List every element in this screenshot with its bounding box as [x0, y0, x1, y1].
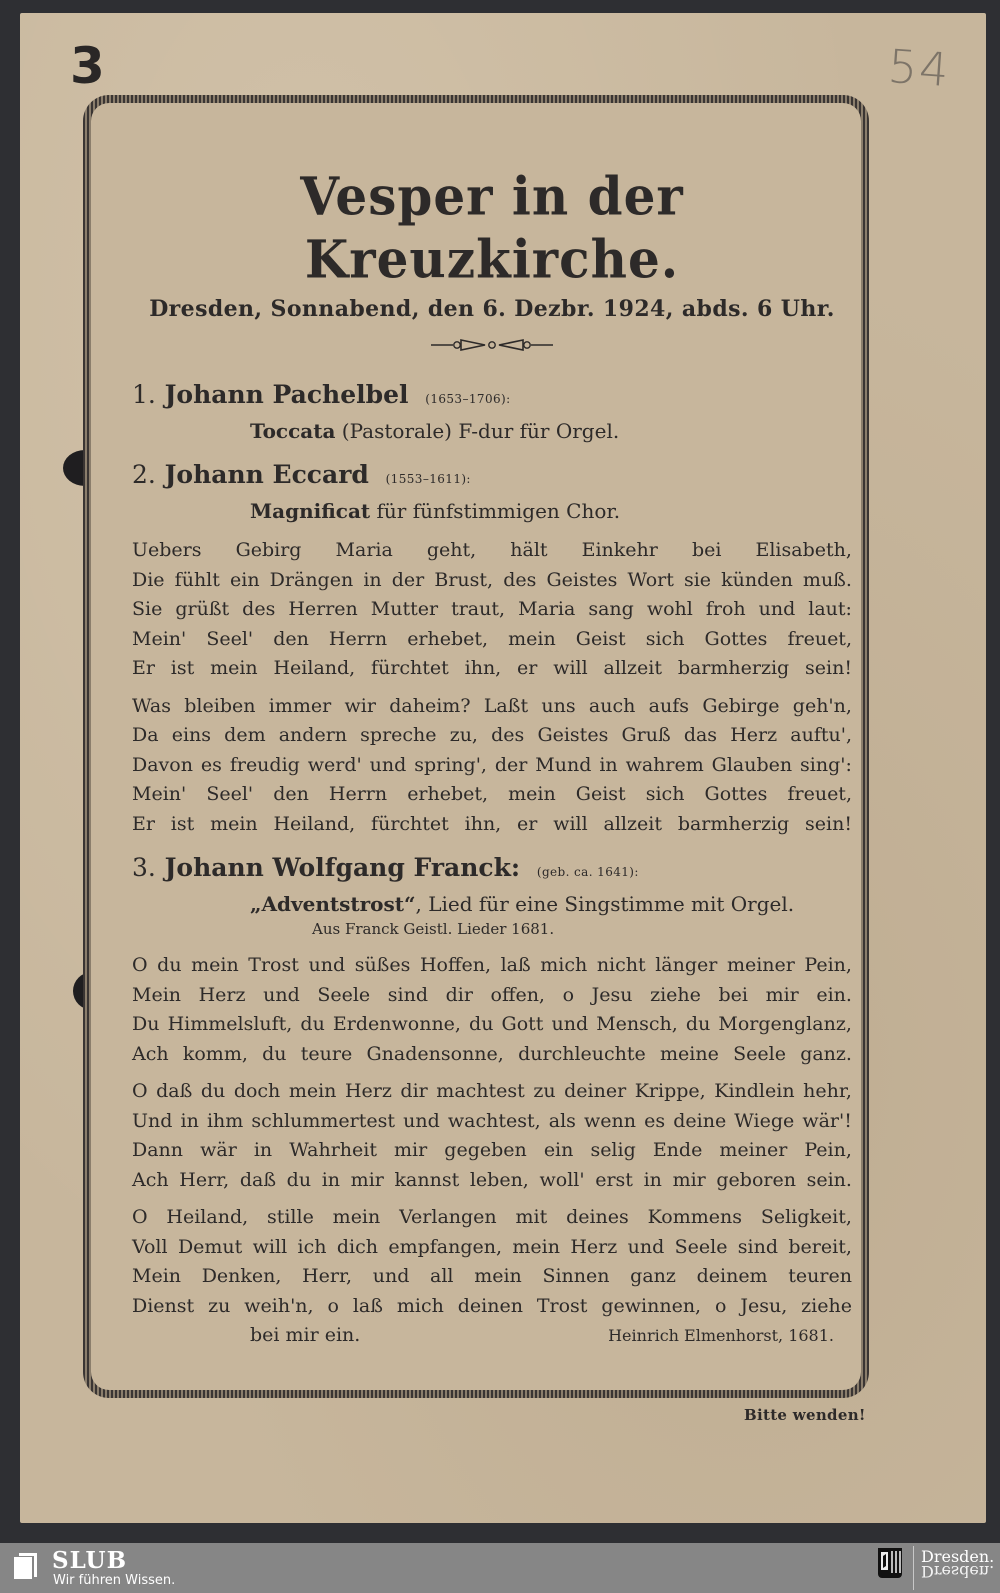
slub-logo-icon: [13, 1551, 41, 1581]
lyric-line: Mein'Seel'denHerrnerhebet,meinGeistsichG…: [132, 625, 852, 655]
lyric-line: EristmeinHeiland,fürchtetihn,erwillallze…: [132, 654, 852, 684]
lyric-line: MeinHerzundSeelesinddiroffen,oJesuzieheb…: [132, 981, 852, 1011]
lyric-line: DannwärinWahrheitmirgegebeneinseligEndem…: [132, 1136, 852, 1166]
program-item-3: 3. Johann Wolfgang Franck: (geb. ca. 164…: [132, 851, 852, 1351]
program-item-1: 1. Johann Pachelbel (1653–1706): Toccata…: [132, 378, 852, 446]
lyricist-credit: Heinrich Elmenhorst, 1681.: [608, 1321, 834, 1351]
lyric-line: OdaßdudochmeinHerzdirmachtestzudeinerKri…: [132, 1077, 852, 1107]
piece-heading: 2. Johann Eccard (1553–1611):: [132, 458, 852, 496]
lyric-line: Daeinsdemandernsprechezu,desGeistesGrußd…: [132, 721, 852, 751]
lyric-line: OdumeinTrostundsüßesHoffen,laßmichnichtl…: [132, 951, 852, 981]
program-item-2: 2. Johann Eccard (1553–1611): Magnificat…: [132, 458, 852, 839]
turn-over-note: Bitte wenden!: [744, 1406, 866, 1424]
composer-dates: (geb. ca. 1641):: [537, 865, 639, 879]
lyric-line: bei mir ein.: [250, 1321, 360, 1351]
lyric-line: Achkomm,duteureGnadensonne,durchleuchtem…: [132, 1040, 852, 1070]
lyric-line: MeinDenken,Herr,undallmeinSinnenganzdein…: [132, 1262, 852, 1292]
lyric-line: DiefühlteinDrängeninderBrust,desGeistesW…: [132, 566, 852, 596]
lyrics-verse: OHeiland,stillemeinVerlangenmitdeinesKom…: [132, 1203, 852, 1321]
composer-dates: (1553–1611):: [386, 472, 471, 486]
lyric-line: UebersGebirgMariageht,hältEinkehrbeiElis…: [132, 536, 852, 566]
work-title: Magnificat für fünfstimmigen Chor.: [132, 496, 852, 526]
lyric-line: Wasbleibenimmerwirdaheim?Laßtunsauchaufs…: [132, 692, 852, 722]
lyric-line: EristmeinHeiland,fürchtetihn,erwillallze…: [132, 810, 852, 840]
source-note: Aus Franck Geistl. Lieder 1681.: [132, 919, 852, 939]
program-content: Vesper in der Kreuzkirche. Dresden, Sonn…: [132, 160, 852, 1351]
footer-bar: SLUB Wir führen Wissen. Dresden. Dresden…: [0, 1543, 1000, 1593]
composer-dates: (1653–1706):: [425, 392, 510, 406]
dresden-city-logo: Dresden. Dresden.: [921, 1549, 994, 1579]
piece-heading: 3. Johann Wolfgang Franck: (geb. ca. 164…: [132, 851, 852, 889]
lyric-line: Mein'Seel'denHerrnerhebet,meinGeistsichG…: [132, 780, 852, 810]
dresden-coat-of-arms-icon: [878, 1548, 902, 1578]
sheet-number: 3: [70, 41, 105, 91]
lyrics-verse: OdaßdudochmeinHerzdirmachtestzudeinerKri…: [132, 1077, 852, 1195]
slub-tagline: Wir führen Wissen.: [53, 1573, 175, 1588]
lyrics-verse: OdumeinTrostundsüßesHoffen,laßmichnichtl…: [132, 951, 852, 1069]
lyrics-verse: Wasbleibenimmerwirdaheim?Laßtunsauchaufs…: [132, 692, 852, 840]
piece-heading: 1. Johann Pachelbel (1653–1706):: [132, 378, 852, 416]
lyric-line: Dienstzuweih'n,olaßmichdeinenTrostgewinn…: [132, 1292, 852, 1322]
page-title: Vesper in der Kreuzkirche.: [132, 165, 852, 291]
composer-name: Johann Wolfgang Franck:: [165, 853, 521, 882]
final-line: bei mir ein. Heinrich Elmenhorst, 1681.: [132, 1321, 852, 1351]
composer-name: Johann Pachelbel: [165, 380, 409, 409]
composer-name: Johann Eccard: [165, 460, 369, 489]
event-date-line: Dresden, Sonnabend, den 6. Dezbr. 1924, …: [132, 296, 852, 322]
slub-name: SLUB: [52, 1547, 127, 1574]
handwritten-archive-number: 54: [886, 43, 952, 93]
work-title: „Adventstrost“, Lied für eine Singstimme…: [132, 889, 852, 919]
lyric-line: OHeiland,stillemeinVerlangenmitdeinesKom…: [132, 1203, 852, 1233]
footer-divider: [913, 1546, 914, 1590]
lyric-line: DuHimmelsluft,duErdenwonne,duGottundMens…: [132, 1010, 852, 1040]
work-title: Toccata (Pastorale) F-dur für Orgel.: [132, 416, 852, 446]
lyrics-verse: UebersGebirgMariageht,hältEinkehrbeiElis…: [132, 536, 852, 684]
divider-ornament-icon: [132, 338, 852, 352]
lyric-line: AchHerr,daßduinmirkannstleben,woll'ersti…: [132, 1166, 852, 1196]
lyric-line: VollDemutwillichdichempfangen,meinHerzun…: [132, 1233, 852, 1263]
lyric-line: Undinihmschlummertestundwachtest,alswenn…: [132, 1107, 852, 1137]
lyric-line: Davonesfreudigwerd'undspring',derMundinw…: [132, 751, 852, 781]
lyric-line: SiegrüßtdesHerrenMuttertraut,Mariasangwo…: [132, 595, 852, 625]
